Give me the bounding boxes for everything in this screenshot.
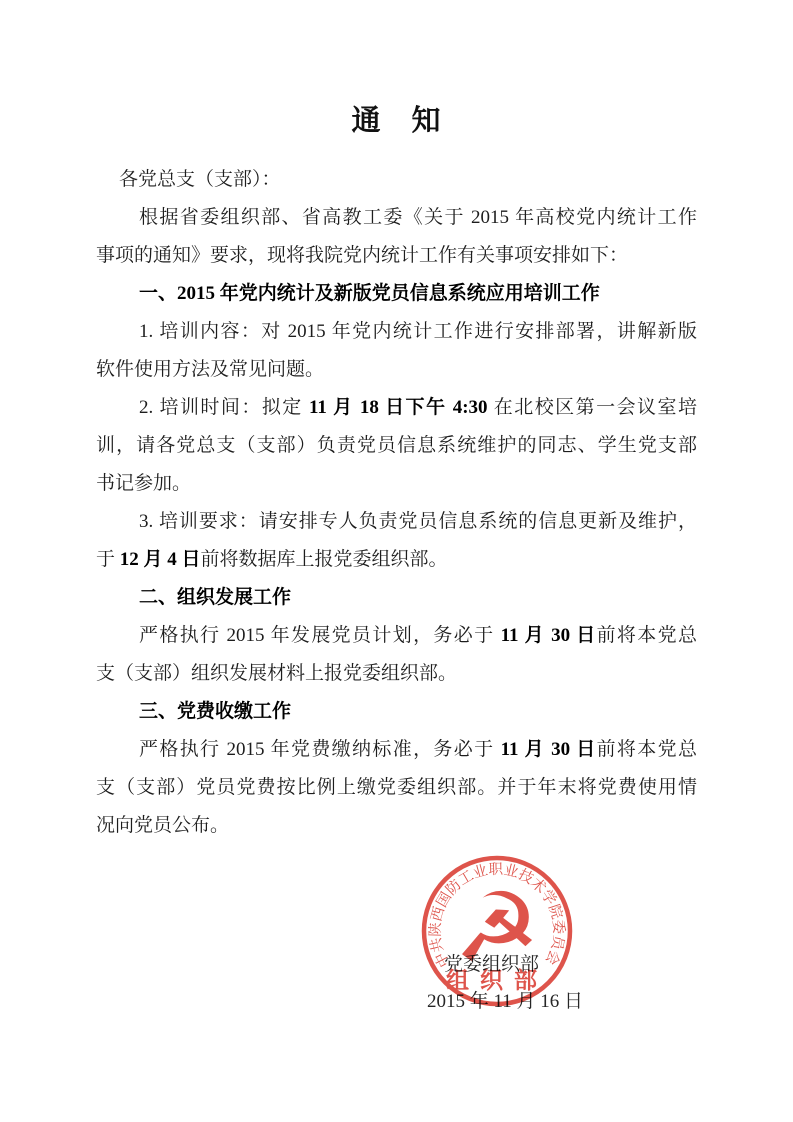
text-segment: 严格执行 2015 年党费缴纳标准，务必于 bbox=[139, 739, 501, 760]
official-seal: 中共陕西国防工业职业技术学院委员会 ☭ 组织部 bbox=[417, 851, 577, 1011]
bold-text-segment: 二、组织发展工作 bbox=[139, 587, 291, 608]
text-segment: 前将本党总 bbox=[597, 739, 697, 760]
text-line: 支（支部）组织发展材料上报党委组织部。 bbox=[96, 655, 697, 693]
text-segment: 训，请各党总支（支部）负责党员信息系统维护的同志、学生党支部 bbox=[96, 435, 697, 456]
text-line: 各党总支（支部）： bbox=[96, 161, 697, 199]
text-segment: 事项的通知》要求，现将我院党内统计工作有关事项安排如下： bbox=[96, 245, 628, 266]
document-body: 各党总支（支部）：根据省委组织部、省高教工委《关于 2015 年高校党内统计工作… bbox=[96, 161, 697, 845]
text-line: 一、2015 年党内统计及新版党员信息系统应用培训工作 bbox=[96, 275, 697, 313]
text-segment: 况向党员公布。 bbox=[96, 815, 229, 836]
text-segment: 3. 培训要求：请安排专人负责党员信息系统的信息更新及维护， bbox=[139, 511, 697, 532]
text-line: 2. 培训时间：拟定 11 月 18 日下午 4:30 在北校区第一会议室培 bbox=[96, 389, 697, 427]
text-line: 软件使用方法及常见问题。 bbox=[96, 351, 697, 389]
text-segment: 书记参加。 bbox=[96, 473, 191, 494]
text-segment: 严格执行 2015 年发展党员计划，务必于 bbox=[139, 625, 501, 646]
paragraph-heading-2: 二、组织发展工作 bbox=[96, 579, 697, 617]
text-line: 事项的通知》要求，现将我院党内统计工作有关事项安排如下： bbox=[96, 237, 697, 275]
text-line: 训，请各党总支（支部）负责党员信息系统维护的同志、学生党支部 bbox=[96, 427, 697, 465]
paragraph-item-1-3: 3. 培训要求：请安排专人负责党员信息系统的信息更新及维护，于 12 月 4 日… bbox=[96, 503, 697, 579]
text-segment: 2. 培训时间：拟定 bbox=[139, 397, 309, 418]
text-segment: 于 bbox=[96, 549, 120, 570]
text-segment: 根据省委组织部、省高教工委《关于 2015 年高校党内统计工作 bbox=[139, 207, 697, 228]
text-segment: 在北校区第一会议室培 bbox=[488, 397, 697, 418]
document-title: 通 知 bbox=[96, 101, 697, 141]
paragraph-section-3-body: 严格执行 2015 年党费缴纳标准，务必于 11 月 30 日前将本党总支（支部… bbox=[96, 731, 697, 845]
text-line: 严格执行 2015 年党费缴纳标准，务必于 11 月 30 日前将本党总 bbox=[96, 731, 697, 769]
text-segment: 1. 培训内容：对 2015 年党内统计工作进行安排部署，讲解新版 bbox=[139, 321, 697, 342]
text-line: 支（支部）党员党费按比例上缴党委组织部。并于年末将党费使用情 bbox=[96, 769, 697, 807]
paragraph-heading-1: 一、2015 年党内统计及新版党员信息系统应用培训工作 bbox=[96, 275, 697, 313]
bold-text-segment: 11 月 18 日下午 4:30 bbox=[309, 397, 488, 418]
paragraph-section-2-body: 严格执行 2015 年发展党员计划，务必于 11 月 30 日前将本党总支（支部… bbox=[96, 617, 697, 693]
text-segment: 支（支部）党员党费按比例上缴党委组织部。并于年末将党费使用情 bbox=[96, 777, 697, 798]
paragraph-heading-3: 三、党费收缴工作 bbox=[96, 693, 697, 731]
text-segment: 前将数据库上报党委组织部。 bbox=[201, 549, 448, 570]
paragraph-salutation: 各党总支（支部）： bbox=[96, 161, 697, 199]
text-line: 3. 培训要求：请安排专人负责党员信息系统的信息更新及维护， bbox=[96, 503, 697, 541]
paragraph-intro: 根据省委组织部、省高教工委《关于 2015 年高校党内统计工作事项的通知》要求，… bbox=[96, 199, 697, 275]
text-line: 二、组织发展工作 bbox=[96, 579, 697, 617]
text-line: 书记参加。 bbox=[96, 465, 697, 503]
text-segment: 各党总支（支部）： bbox=[119, 169, 281, 190]
bold-text-segment: 11 月 30 日 bbox=[501, 739, 597, 760]
paragraph-item-1-2: 2. 培训时间：拟定 11 月 18 日下午 4:30 在北校区第一会议室培训，… bbox=[96, 389, 697, 503]
text-line: 根据省委组织部、省高教工委《关于 2015 年高校党内统计工作 bbox=[96, 199, 697, 237]
bold-text-segment: 三、党费收缴工作 bbox=[139, 701, 291, 722]
text-line: 况向党员公布。 bbox=[96, 807, 697, 845]
bold-text-segment: 11 月 30 日 bbox=[501, 625, 597, 646]
seal-bottom-text: 组织部 bbox=[446, 967, 548, 993]
text-segment: 前将本党总 bbox=[597, 625, 697, 646]
text-line: 严格执行 2015 年发展党员计划，务必于 11 月 30 日前将本党总 bbox=[96, 617, 697, 655]
text-line: 三、党费收缴工作 bbox=[96, 693, 697, 731]
text-line: 于 12 月 4 日前将数据库上报党委组织部。 bbox=[96, 541, 697, 579]
text-segment: 软件使用方法及常见问题。 bbox=[96, 359, 324, 380]
text-line: 1. 培训内容：对 2015 年党内统计工作进行安排部署，讲解新版 bbox=[96, 313, 697, 351]
paragraph-item-1-1: 1. 培训内容：对 2015 年党内统计工作进行安排部署，讲解新版软件使用方法及… bbox=[96, 313, 697, 389]
notice-page: 通 知 各党总支（支部）：根据省委组织部、省高教工委《关于 2015 年高校党内… bbox=[0, 0, 793, 1122]
bold-text-segment: 12 月 4 日 bbox=[120, 549, 201, 570]
bold-text-segment: 一、2015 年党内统计及新版党员信息系统应用培训工作 bbox=[139, 283, 600, 304]
text-segment: 支（支部）组织发展材料上报党委组织部。 bbox=[96, 663, 457, 684]
